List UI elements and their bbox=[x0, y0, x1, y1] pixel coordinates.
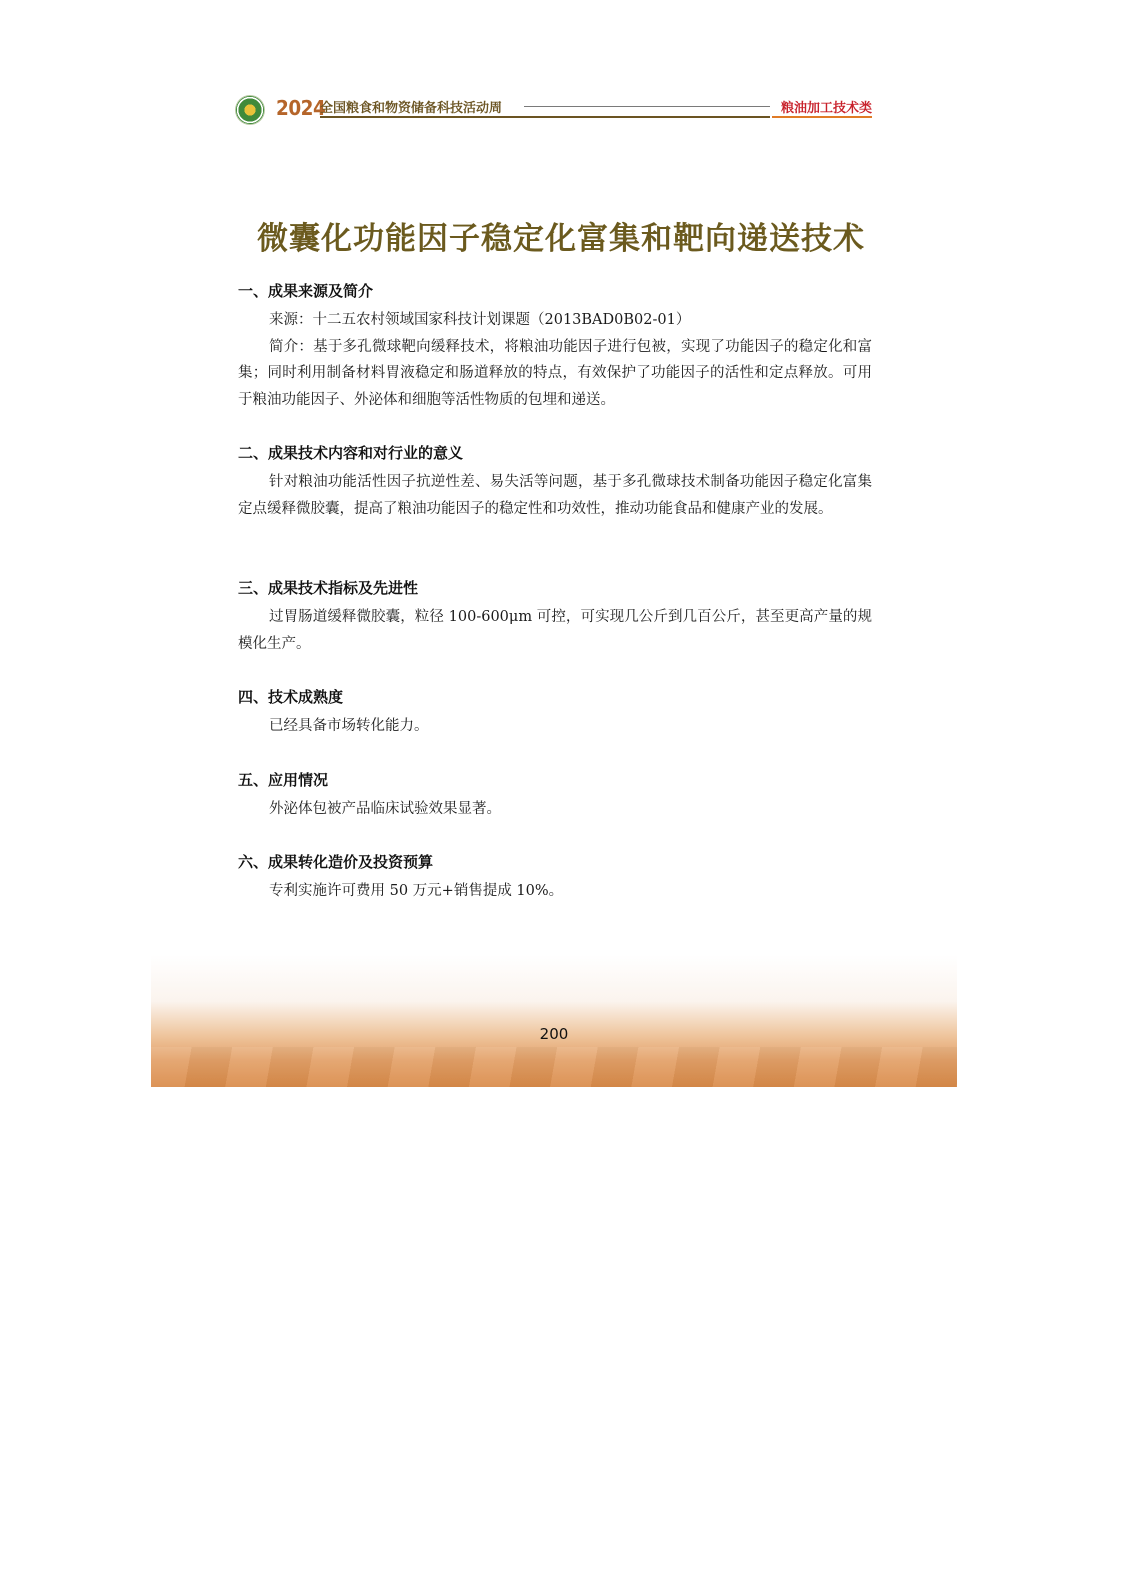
section-maturity: 四、技术成熟度 已经具备市场转化能力。 bbox=[238, 687, 872, 740]
farmland-texture bbox=[151, 1047, 957, 1087]
header-year: 2024 bbox=[276, 96, 325, 120]
section-investment: 六、成果转化造价及投资预算 专利实施许可费用 50 万元+销售提成 10%。 bbox=[238, 852, 872, 905]
header-event-title: 全国粮食和物资储备科技活动周 bbox=[320, 97, 502, 116]
header-divider bbox=[524, 106, 770, 107]
section-tech-indicators: 三、成果技术指标及先进性 过胃肠道缓释微胶囊，粒径 100-600μm 可控，可… bbox=[238, 578, 872, 657]
section-heading: 三、成果技术指标及先进性 bbox=[238, 578, 872, 598]
paragraph: 专利实施许可费用 50 万元+销售提成 10%。 bbox=[238, 878, 872, 905]
section-heading: 二、成果技术内容和对行业的意义 bbox=[238, 443, 872, 463]
paragraph: 针对粮油功能活性因子抗逆性差、易失活等问题，基于多孔微球技术制备功能因子稳定化富… bbox=[238, 469, 872, 522]
paragraph: 过胃肠道缓释微胶囊，粒径 100-600μm 可控，可实现几公斤到几百公斤，甚至… bbox=[238, 604, 872, 657]
document-title: 微囊化功能因子稳定化富集和靶向递送技术 bbox=[0, 213, 1122, 258]
header-underline bbox=[320, 116, 770, 118]
section-heading: 一、成果来源及简介 bbox=[238, 281, 872, 301]
section-heading: 五、应用情况 bbox=[238, 770, 872, 790]
page-footer-banner: 200 bbox=[151, 955, 957, 1087]
page-number: 200 bbox=[151, 1025, 957, 1043]
header-category: 粮油加工技术类 bbox=[781, 97, 872, 116]
paragraph: 已经具备市场转化能力。 bbox=[238, 713, 872, 740]
grain-reserve-emblem-icon bbox=[236, 96, 264, 124]
section-heading: 六、成果转化造价及投资预算 bbox=[238, 852, 872, 872]
page-header: 2024 全国粮食和物资储备科技活动周 粮油加工技术类 bbox=[236, 92, 872, 126]
paragraph: 外泌体包被产品临床试验效果显著。 bbox=[238, 796, 872, 823]
section-tech-content: 二、成果技术内容和对行业的意义 针对粮油功能活性因子抗逆性差、易失活等问题，基于… bbox=[238, 443, 872, 522]
section-source-intro: 一、成果来源及简介 来源：十二五农村领域国家科技计划课题（2013BAD0B02… bbox=[238, 281, 872, 413]
category-underline bbox=[772, 116, 872, 118]
section-application: 五、应用情况 外泌体包被产品临床试验效果显著。 bbox=[238, 770, 872, 823]
section-heading: 四、技术成熟度 bbox=[238, 687, 872, 707]
paragraph-intro: 简介：基于多孔微球靶向缓释技术，将粮油功能因子进行包被，实现了功能因子的稳定化和… bbox=[238, 334, 872, 414]
paragraph-source: 来源：十二五农村领域国家科技计划课题（2013BAD0B02-01） bbox=[238, 307, 872, 334]
